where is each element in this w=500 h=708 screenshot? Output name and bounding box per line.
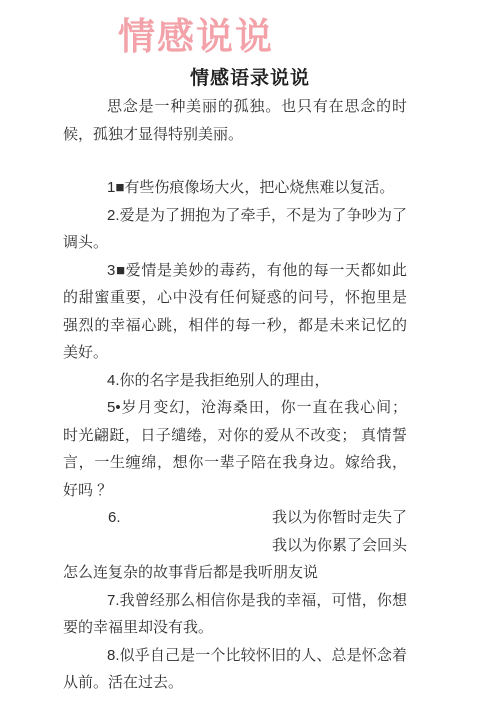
watermark-logo: 情感说说: [118, 6, 274, 60]
list-item-6-line-2: 我以为你累了会回头: [63, 532, 407, 560]
list-item-6-right-text: 我以为你暂时走失了: [272, 504, 407, 532]
paragraph-intro: 思念是一种美丽的孤独。也只有在思念的时候，孤独才显得特别美丽。: [63, 93, 407, 148]
page-title: 情感语录说说: [0, 63, 500, 90]
list-item-8: 8.似乎自己是一个比较怀旧的人、总是怀念着从前。活在过去。: [63, 642, 407, 697]
list-item-3: 3■爱情是美妙的毒药，有他的每一天都如此的甜蜜重要，心中没有任何疑惑的问号，怀抱…: [63, 257, 407, 367]
list-item-7: 7.我曾经那么相信你是我的幸福，可惜，你想要的幸福里却没有我。: [63, 587, 407, 642]
list-item-6-line-3: 怎么连复杂的故事背后都是我听朋友说: [63, 559, 407, 587]
list-item-6-number: 6.: [108, 504, 121, 532]
list-item-6-line-1: 6. 我以为你暂时走失了: [63, 504, 407, 532]
list-item-1: 1■有些伤痕像场大火，把心烧焦难以复活。: [63, 174, 407, 202]
list-item-2: 2.爱是为了拥抱为了牵手，不是为了争吵为了调头。: [63, 202, 407, 257]
document-page: 情感说说 情感语录说说 思念是一种美丽的孤独。也只有在思念的时候，孤独才显得特别…: [0, 0, 500, 708]
document-body: 思念是一种美丽的孤独。也只有在思念的时候，孤独才显得特别美丽。 1■有些伤痕像场…: [63, 93, 407, 697]
list-item-5: 5•岁月变幻，沧海桑田，你一直在我心间； 时光翩跹，日子缱绻，对你的爱从不改变；…: [63, 394, 407, 504]
list-item-4: 4.你的名字是我拒绝别人的理由，: [63, 367, 407, 395]
